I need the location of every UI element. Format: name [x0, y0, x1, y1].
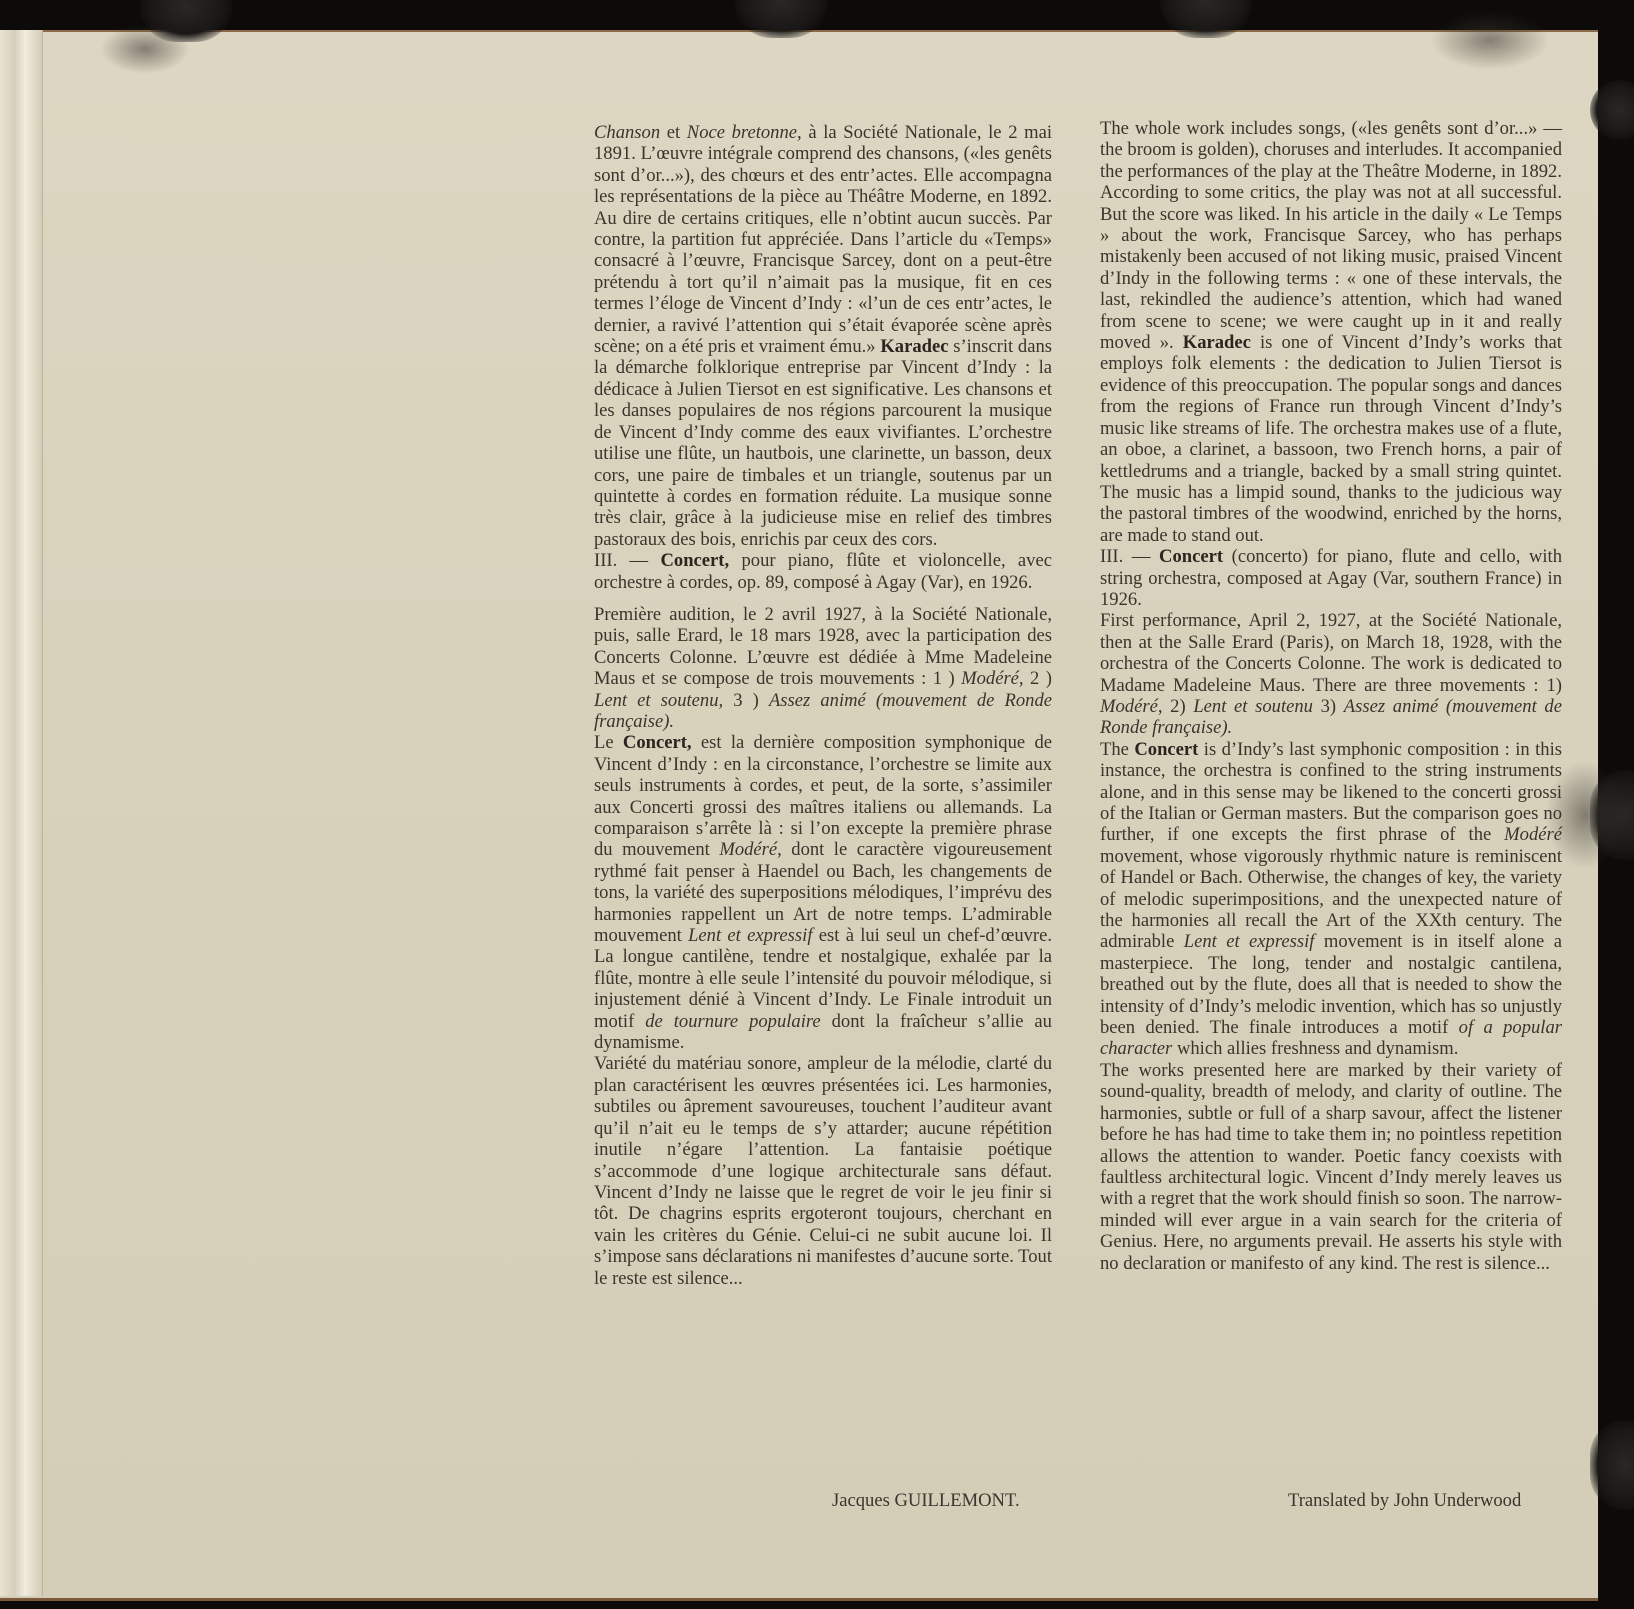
- paragraph: III. — Concert (concerto) for piano, flu…: [1100, 546, 1562, 610]
- author-signature: Jacques GUILLEMONT.: [832, 1490, 1020, 1512]
- text-run: The: [1100, 739, 1134, 760]
- text-run: 2): [1162, 696, 1193, 717]
- paragraph: The works presented here are marked by t…: [1100, 1060, 1562, 1274]
- album-spine-fold: [0, 30, 43, 1596]
- text-run: à la Société Nationale, le 2 mai 1891. L…: [594, 122, 1052, 357]
- text-run: First performance, April 2, 1927, at the…: [1100, 610, 1562, 695]
- text-run: et: [660, 122, 687, 143]
- clip-shadow: [1430, 10, 1550, 70]
- bold-work-title: Concert,: [660, 550, 729, 571]
- paragraph: The whole work includes songs, («les gen…: [1100, 118, 1562, 546]
- paragraph: Le Concert, est la dernière composition …: [594, 732, 1052, 1053]
- italic-title: Modéré,: [1100, 696, 1162, 717]
- text-run: Le: [594, 732, 623, 753]
- paragraph: First performance, April 2, 1927, at the…: [1100, 610, 1562, 738]
- bold-work-title: Karadec: [1183, 332, 1251, 353]
- bold-work-title: Concert: [1134, 739, 1198, 760]
- clip-right-lower: [1590, 1420, 1634, 1510]
- text-run: s’inscrit dans la démarche folklorique e…: [594, 336, 1052, 550]
- italic-title: de tournure populaire: [645, 1011, 820, 1032]
- paragraph: The Concert is d’Indy’s last symphonic c…: [1100, 739, 1562, 1060]
- text-run: The whole work includes songs, («les gen…: [1100, 118, 1562, 353]
- text-run: is one of Vincent d’Indy’s works that em…: [1100, 332, 1562, 546]
- paragraph: Chanson et Noce bretonne, à la Société N…: [594, 122, 1052, 550]
- bold-work-title: Concert: [1159, 546, 1223, 567]
- italic-title: Modéré,: [961, 668, 1023, 689]
- text-run: Variété du matériau sonore, ampleur de l…: [594, 1053, 1052, 1288]
- french-text-column: Chanson et Noce bretonne, à la Société N…: [594, 122, 1052, 1289]
- paragraph: Première audition, le 2 avril 1927, à la…: [594, 604, 1052, 732]
- translator-credit: Translated by John Underwood: [1288, 1490, 1521, 1512]
- italic-title: Lent et expressif: [1184, 931, 1315, 952]
- italic-title: Chanson: [594, 122, 660, 143]
- bold-work-title: Concert,: [623, 732, 692, 753]
- paragraph: Variété du matériau sonore, ampleur de l…: [594, 1053, 1052, 1288]
- text-run: III. —: [1100, 546, 1159, 567]
- clip-shadow: [100, 24, 190, 74]
- text-run: 3): [1313, 696, 1344, 717]
- text-run: III. —: [594, 550, 660, 571]
- italic-title: Lent et soutenu,: [594, 690, 723, 711]
- italic-title: Modéré,: [719, 839, 781, 860]
- english-text-column: The whole work includes songs, («les gen…: [1100, 118, 1562, 1274]
- bold-work-title: Karadec: [880, 336, 948, 357]
- text-run: The works presented here are marked by t…: [1100, 1060, 1562, 1274]
- italic-title: Lent et soutenu: [1193, 696, 1313, 717]
- italic-title: Lent et expressif: [688, 925, 812, 946]
- paragraph: III. — Concert, pour piano, flûte et vio…: [594, 550, 1052, 593]
- italic-title: Modéré: [1504, 824, 1562, 845]
- text-run: which allies freshness and dynamism.: [1172, 1038, 1458, 1059]
- text-run: 3 ): [723, 690, 769, 711]
- text-run: 2 ): [1024, 668, 1052, 689]
- italic-title: Noce bretonne,: [687, 122, 802, 143]
